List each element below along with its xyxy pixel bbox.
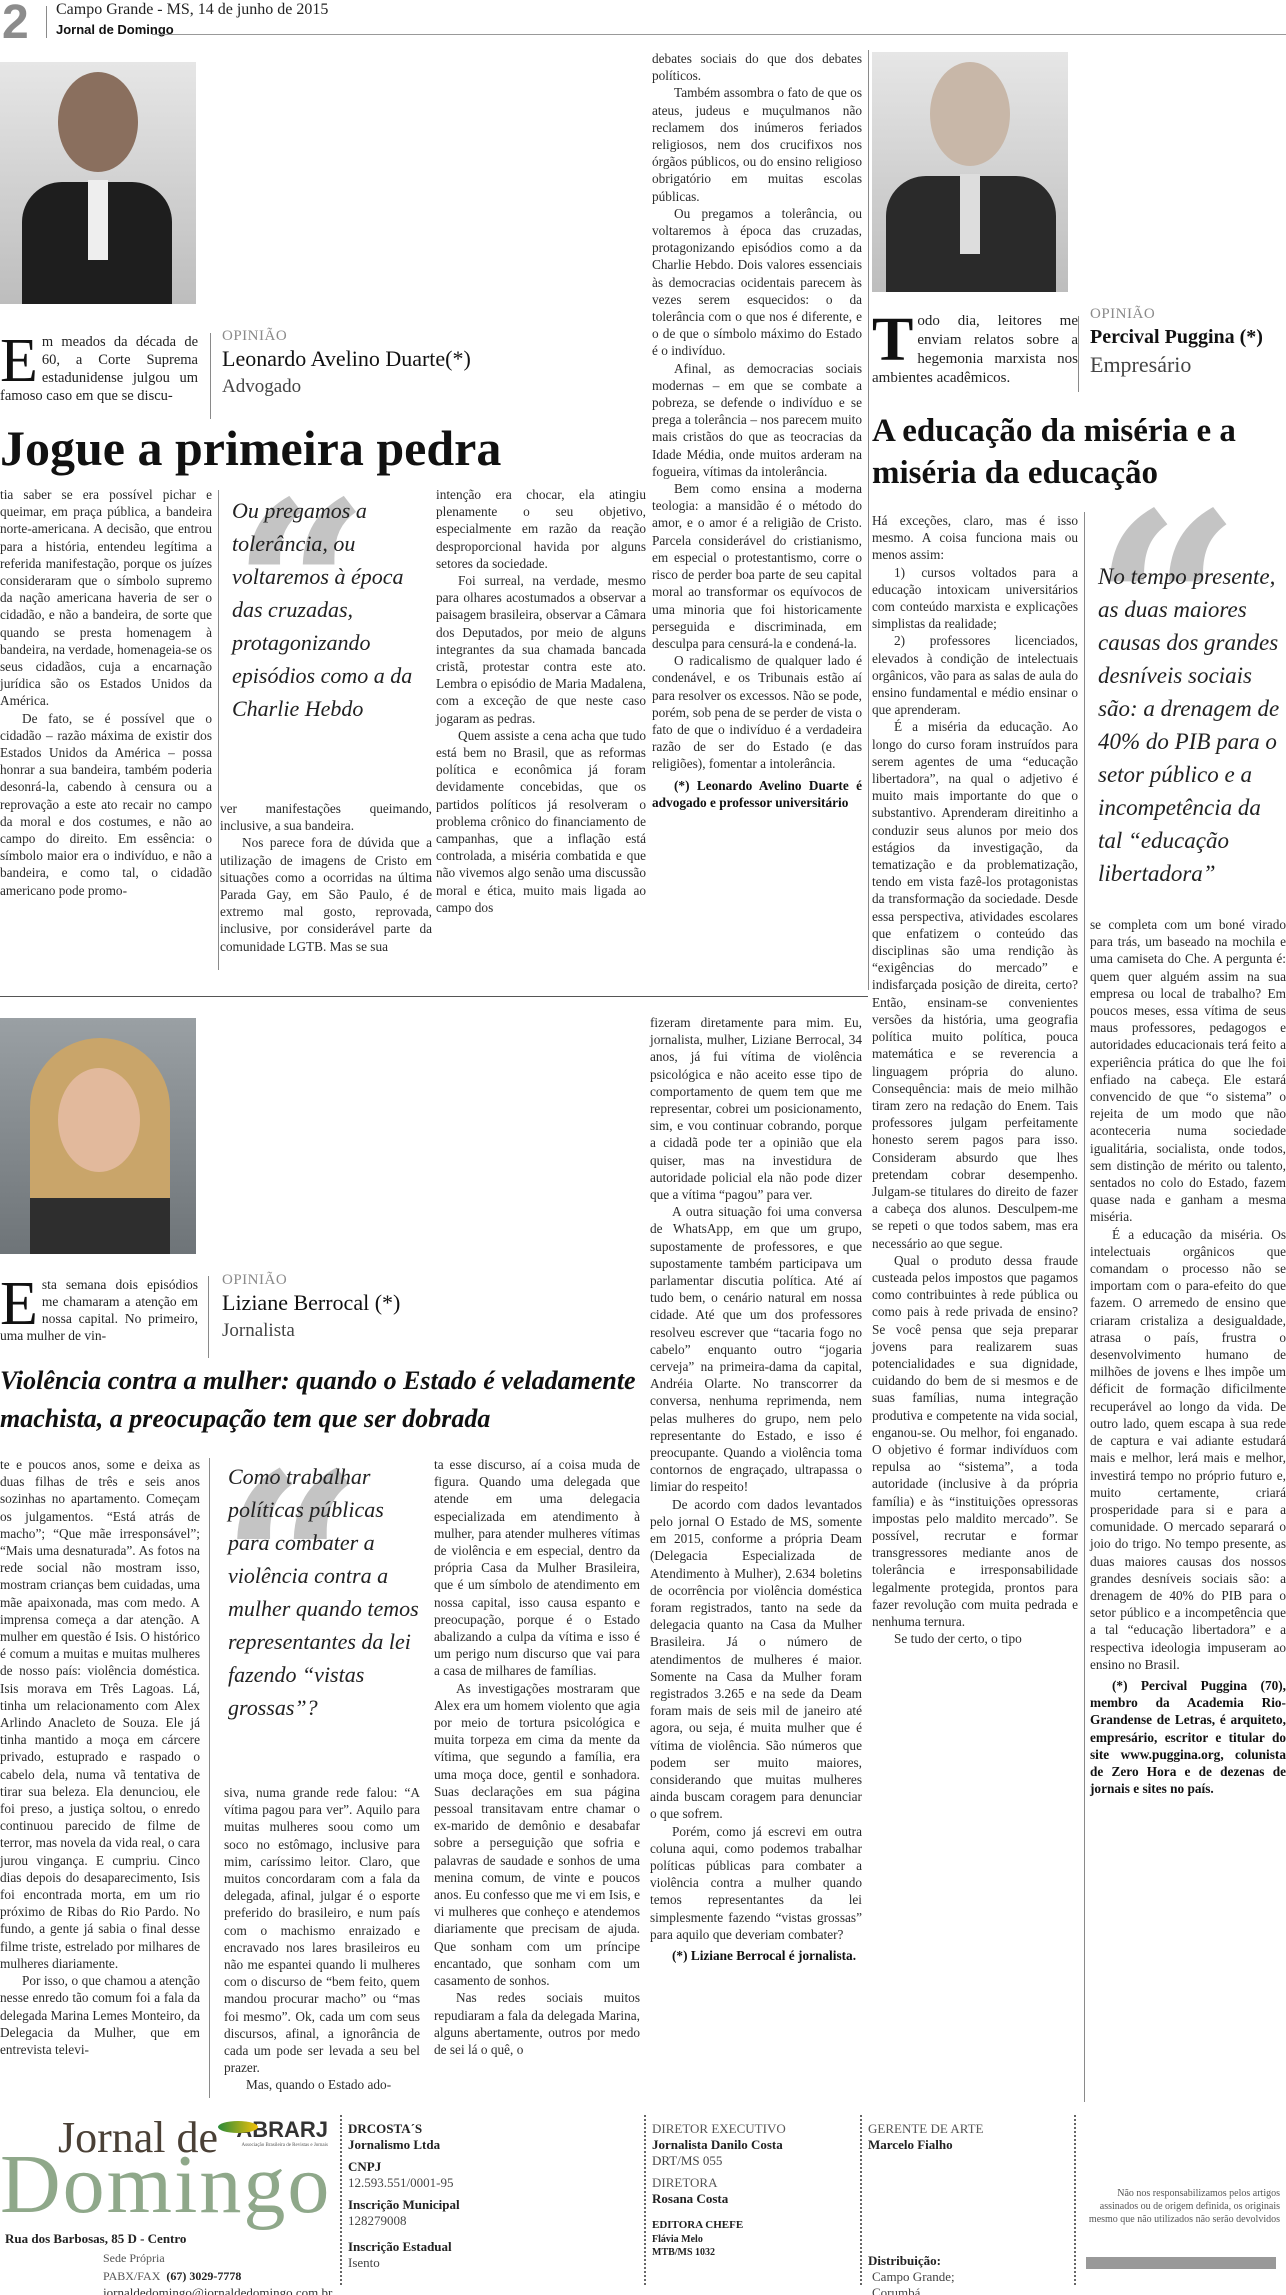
author-name: Leonardo Avelino Duarte(*) [222,345,471,373]
byline-divider [208,1276,209,1358]
article3-col1: te e poucos anos, some e deixa as duas f… [0,1456,200,2058]
article1-col1: tia saber se era possível pichar e queim… [0,486,212,899]
page-number: 2 [2,0,29,46]
kicker: OPINIÃO [222,328,471,345]
author-photo-percival [872,52,1068,292]
article2-col1: Há exceções, claro, mas é isso mesmo. A … [872,512,1078,1647]
phone-row: PABX/FAX (67) 3029-7778 [103,2269,241,2284]
article1-col3: intenção era chocar, ela atingiu plename… [436,486,646,916]
disclaimer: Não nos responsabilizamos pelos artigos … [1086,2187,1280,2226]
company-info: DRCOSTA´S Jornalismo Ltda CNPJ 12.593.55… [348,2121,508,2271]
phone-number: (67) 3029-7778 [166,2269,241,2283]
article2-lede: Todo dia, leitores me enviam relatos sob… [872,312,1078,388]
art-distribution-info: GERENTE DE ARTE Marcelo Fialho Distribui… [868,2121,1028,2295]
dropcap: E [0,335,38,387]
abrarj-logo: ABRARJ Associação Brasileira de Revistas… [218,2117,328,2148]
article3-col2: siva, numa grande rede falou: “A vítima … [224,1784,420,2094]
dropcap: T [872,314,913,366]
byline-divider [1078,316,1079,392]
author-role: Empresário [1090,351,1263,379]
header-divider [46,6,47,38]
byline-divider [210,333,211,419]
kicker: OPINIÃO [1090,306,1263,323]
author-role: Advogado [222,373,471,401]
article2-signature: (*) Percival Puggina (70), membro da Aca… [1090,1677,1286,1797]
directors-info: DIRETOR EXECUTIVO Jornalista Danilo Cost… [652,2121,812,2259]
date-line: Campo Grande - MS, 14 de junho de 2015 [56,1,328,19]
article3-byline: OPINIÃO Liziane Berrocal (*) Jornalista [222,1272,400,1345]
author-photo-leonardo [0,62,196,304]
header-rule [152,34,1286,35]
footer-divider [644,2115,646,2285]
footer-divider [860,2115,862,2285]
section-divider [0,996,868,997]
footer-bar [1086,2257,1276,2269]
author-name: Liziane Berrocal (*) [222,1289,400,1317]
email-link[interactable]: jornaldedomingo@jornaldedomingo.com.br [103,2285,332,2295]
article1-col4: debates sociais do que dos debates polít… [652,50,862,811]
article2-col2: se completa com um boné virado para trás… [1090,916,1286,1797]
article2-byline: OPINIÃO Percival Puggina (*) Empresário [1090,306,1263,379]
article1-col2: ver manifestações queimando, inclusive, … [220,800,432,955]
masthead-footer: Jornal de Domingo ABRARJ Associação Bras… [0,2115,1286,2295]
sede-label: Sede Própria [103,2251,165,2266]
article1-signature: (*) Leonardo Avelino Duarte é advogado e… [652,777,862,811]
column-divider [868,50,869,990]
author-photo-liziane [0,1018,196,1254]
address: Rua dos Barbosas, 85 D - Centro [5,2231,186,2247]
article1-lede: Em meados da década de 60, a Corte Supre… [0,333,198,405]
column-divider [209,1458,210,2098]
article2-pullquote: No tempo presente, as duas maiores causa… [1098,560,1286,890]
article3-col3: ta esse discurso, aí a coisa muda de fig… [434,1456,640,2058]
article3-col4: fizeram diretamente para mim. Eu, jornal… [650,1014,862,1964]
article3-signature: (*) Liziane Berrocal é jornalista. [650,1947,862,1964]
column-divider [1084,512,1085,2102]
column-divider [218,490,219,970]
footer-divider [340,2115,342,2285]
author-role: Jornalista [222,1317,400,1345]
author-name: Percival Puggina (*) [1090,323,1263,351]
kicker: OPINIÃO [222,1272,400,1289]
footer-divider [1074,2115,1076,2285]
article3-pullquote: Como trabalhar políticas públicas para c… [228,1460,428,1724]
article1-byline: OPINIÃO Leonardo Avelino Duarte(*) Advog… [222,328,471,401]
article3-lede: Esta semana dois episódios me chamaram a… [0,1276,198,1344]
logo-domingo: Domingo [0,2143,331,2227]
article1-pullquote: Ou pregamos a tolerância, ou voltaremos … [232,494,432,725]
dropcap: E [0,1278,38,1330]
